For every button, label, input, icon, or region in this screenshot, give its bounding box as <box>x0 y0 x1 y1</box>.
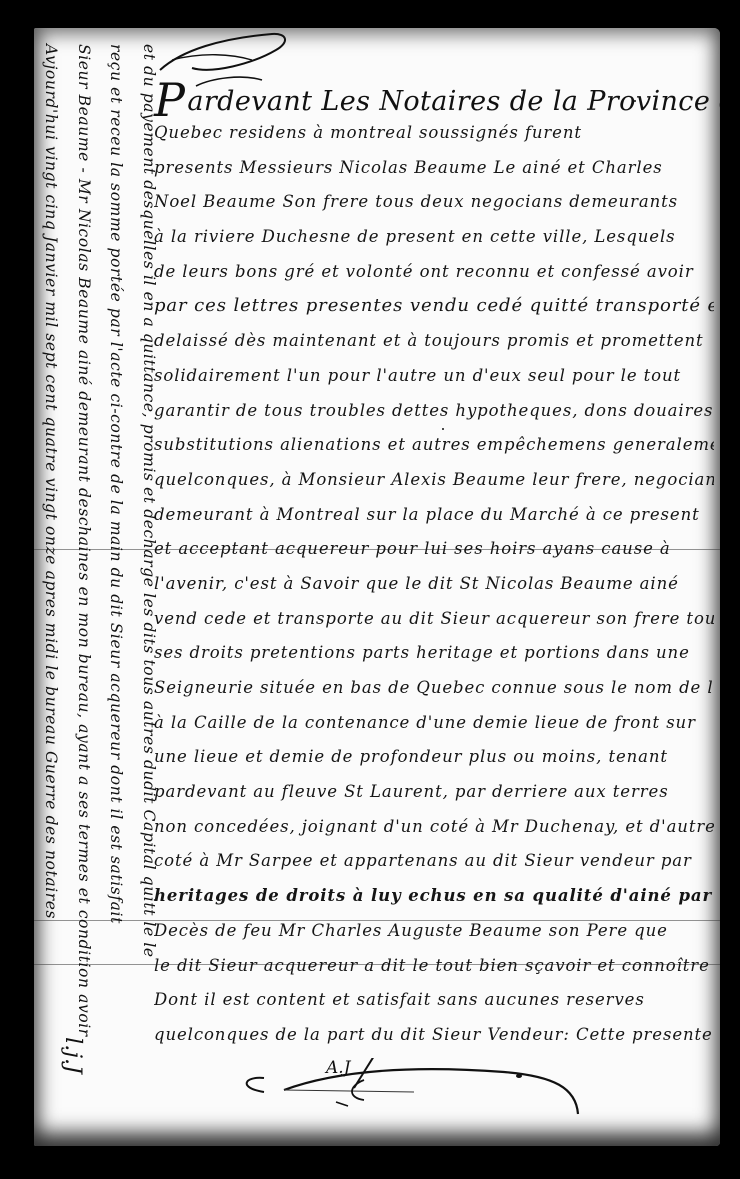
deed-line: solidairement l'un pour l'autre un d'eux… <box>154 359 714 394</box>
margin-line: Sieur Beaume - Mr Nicolas Beaume ainé de… <box>69 44 99 1124</box>
heading-initial: P <box>154 73 185 127</box>
deed-line: Quebec residens à montreal soussignés fu… <box>154 116 714 151</box>
deed-line: quelconques de la part du dit Sieur Vend… <box>154 1018 714 1053</box>
deed-line: Seigneurie située en bas de Quebec connu… <box>154 671 714 706</box>
deed-line: Noel Beaume Son frere tous deux negocian… <box>154 185 714 220</box>
deed-body: Pardevant Les Notaires de la Province de… <box>154 72 714 1053</box>
signature-paraph-icon <box>224 1058 604 1138</box>
deed-line: Dont il est content et satisfait sans au… <box>154 983 714 1018</box>
heading-rest: ardevant Les Notaires de la Province de <box>187 86 720 117</box>
deed-line: vend cede et transporte au dit Sieur acq… <box>154 602 714 637</box>
ink-speck <box>516 1074 522 1078</box>
deed-line: par ces lettres presentes vendu cedé qui… <box>154 289 714 324</box>
deed-line: Decès de feu Mr Charles Auguste Beaume s… <box>154 914 714 949</box>
deed-line: substitutions alienations et autres empê… <box>154 428 714 463</box>
deed-line: non concedées, joignant d'un coté à Mr D… <box>154 810 714 845</box>
margin-line: reçu et receu la somme portée par l'acte… <box>101 44 131 1124</box>
deed-line: delaissé dès maintenant et à toujours pr… <box>154 324 714 359</box>
deed-line: une lieue et demie de profondeur plus ou… <box>154 740 714 775</box>
margin-annotation: Avjourd'hui vingt cinq Janvier mil sept … <box>34 28 164 1146</box>
deed-line: à la riviere Duchesne de present en cett… <box>154 220 714 255</box>
scan-background: Avjourd'hui vingt cinq Janvier mil sept … <box>0 0 740 1179</box>
deed-line: et acceptant acquereur pour lui ses hoir… <box>154 532 714 567</box>
ink-speck <box>634 100 636 102</box>
deed-line: de leurs bons gré et volonté ont reconnu… <box>154 255 714 290</box>
deed-line: à la Caille de la contenance d'une demie… <box>154 706 714 741</box>
deed-line: ses droits pretentions parts heritage et… <box>154 636 714 671</box>
ink-speck <box>442 428 444 430</box>
deed-line: demeurant à Montreal sur la place du Mar… <box>154 498 714 533</box>
deed-heading: Pardevant Les Notaires de la Province de <box>154 72 714 116</box>
deed-line: presents Messieurs Nicolas Beaume Le ain… <box>154 151 714 186</box>
margin-line: Avjourd'hui vingt cinq Janvier mil sept … <box>36 44 66 1124</box>
deed-line: l'avenir, c'est à Savoir que le dit St N… <box>154 567 714 602</box>
margin-closing-mark: l.j.J <box>60 1037 85 1074</box>
deed-line: quelconques, à Monsieur Alexis Beaume le… <box>154 463 714 498</box>
margin-annotation-rotated: Avjourd'hui vingt cinq Janvier mil sept … <box>36 44 164 1124</box>
manuscript-page: Avjourd'hui vingt cinq Janvier mil sept … <box>34 28 720 1146</box>
deed-line: pardevant au fleuve St Laurent, par derr… <box>154 775 714 810</box>
deed-line: heritages de droits à luy echus en sa qu… <box>154 879 714 914</box>
deed-line: coté à Mr Sarpee et appartenans au dit S… <box>154 844 714 879</box>
deed-line: garantir de tous troubles dettes hypothe… <box>154 394 714 429</box>
deed-line: le dit Sieur acquereur a dit le tout bie… <box>154 949 714 984</box>
